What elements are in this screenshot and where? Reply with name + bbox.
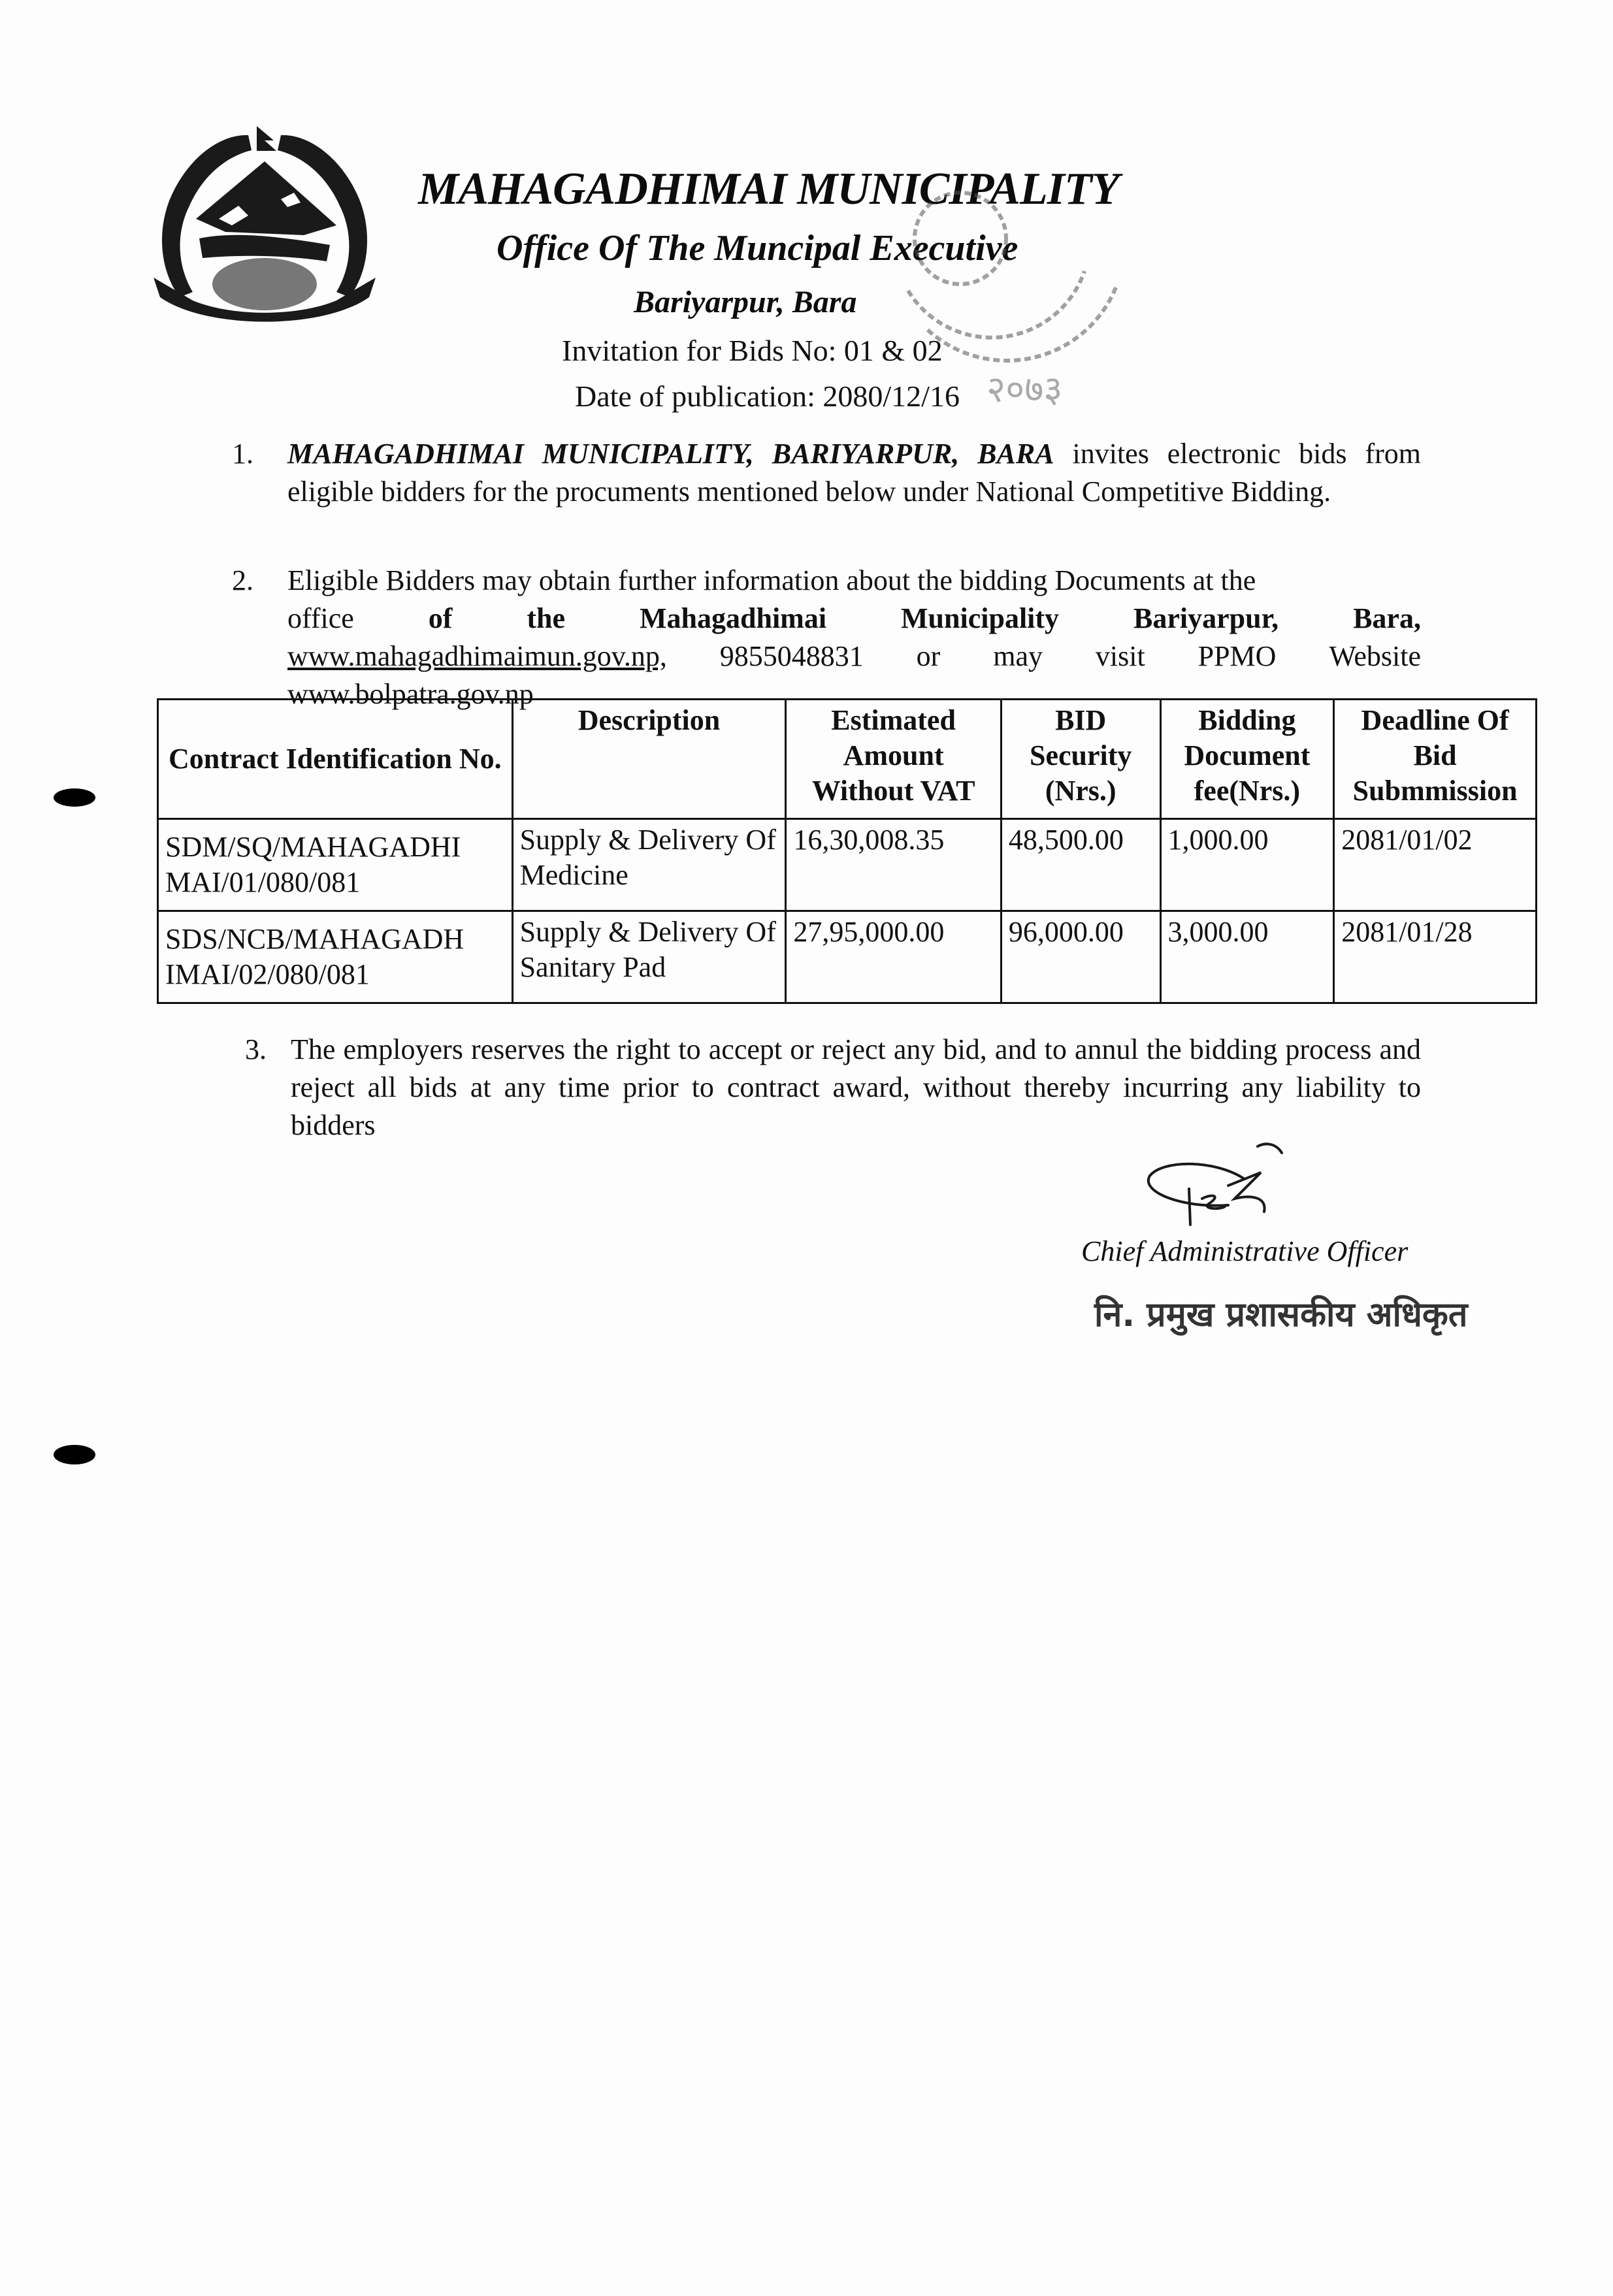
punch-hole bbox=[54, 788, 95, 807]
word: Website bbox=[1329, 638, 1421, 675]
word: the bbox=[527, 600, 565, 638]
column-header-description: Description bbox=[512, 700, 786, 819]
column-header-contract-id: Contract Identification No. bbox=[158, 700, 513, 819]
word: Mahagadhimai bbox=[640, 600, 826, 638]
word: may bbox=[993, 638, 1043, 675]
estimated-amount-cell: 16,30,008.35 bbox=[786, 819, 1001, 911]
contact-line: www.mahagadhimaimun.gov.np, 9855048831 o… bbox=[287, 638, 1421, 675]
estimated-amount-cell: 27,95,000.00 bbox=[786, 911, 1001, 1003]
description-cell: Supply & Delivery Of Sanitary Pad bbox=[512, 911, 786, 1003]
word: Bara, bbox=[1353, 600, 1421, 638]
table-row: SDS/NCB/MAHAGADH IMAI/02/080/081 Supply … bbox=[158, 911, 1537, 1003]
paragraph-3: 3. The employers reserves the right to a… bbox=[245, 1031, 1421, 1069]
word: visit bbox=[1096, 638, 1145, 675]
word: office bbox=[287, 600, 354, 638]
bid-security-cell: 48,500.00 bbox=[1001, 819, 1160, 911]
document-fee-cell: 1,000.00 bbox=[1160, 819, 1334, 911]
word: Municipality bbox=[901, 600, 1059, 638]
official-seal-stamp-icon: २०७३ bbox=[869, 160, 1143, 421]
column-header-estimated-amount: Estimated Amount Without VAT bbox=[786, 700, 1001, 819]
punch-hole bbox=[54, 1445, 95, 1464]
svg-text:२०७३: २०७३ bbox=[986, 368, 1062, 411]
word: of bbox=[429, 600, 453, 638]
paragraph-number: 3. bbox=[245, 1031, 296, 1069]
municipality-name: MAHAGADHIMAI MUNICIPALITY, BARIYARPUR, B… bbox=[287, 438, 1054, 470]
publication-date-label: Date of publication: bbox=[575, 380, 815, 413]
word: PPMO bbox=[1198, 638, 1277, 675]
description-cell: Supply & Delivery Of Medicine bbox=[512, 819, 786, 911]
bid-security-cell: 96,000.00 bbox=[1001, 911, 1160, 1003]
document-page: MAHAGADHIMAI MUNICIPALITY Office Of The … bbox=[0, 0, 1613, 2296]
phone-number: 9855048831 bbox=[720, 638, 864, 675]
table-row: SDM/SQ/MAHAGADHI MAI/01/080/081 Supply &… bbox=[158, 819, 1537, 911]
signature-icon bbox=[1137, 1133, 1333, 1231]
paragraph-number: 1. bbox=[232, 435, 283, 473]
deadline-cell: 2081/01/28 bbox=[1334, 911, 1537, 1003]
column-header-bid-security: BID Security (Nrs.) bbox=[1001, 700, 1160, 819]
paragraph-2: 2. Eligible Bidders may obtain further i… bbox=[232, 562, 1421, 600]
contract-id-cell: SDS/NCB/MAHAGADH IMAI/02/080/081 bbox=[158, 911, 513, 1003]
contract-id-cell: SDM/SQ/MAHAGADHI MAI/01/080/081 bbox=[158, 819, 513, 911]
table-header-row: Contract Identification No. Description … bbox=[158, 700, 1537, 819]
bids-table: Contract Identification No. Description … bbox=[157, 698, 1537, 1004]
document-fee-cell: 3,000.00 bbox=[1160, 911, 1334, 1003]
office-address-line: office of the Mahagadhimai Municipality … bbox=[287, 600, 1421, 638]
paragraph-text: The employers reserves the right to acce… bbox=[291, 1033, 1421, 1141]
word: Bariyarpur, bbox=[1133, 600, 1279, 638]
column-header-document-fee: Bidding Document fee(Nrs.) bbox=[1160, 700, 1334, 819]
deadline-cell: 2081/01/02 bbox=[1334, 819, 1537, 911]
word: or bbox=[917, 638, 941, 675]
paragraph-number: 2. bbox=[232, 562, 283, 600]
nepal-government-emblem-icon bbox=[140, 121, 389, 343]
signatory-title-nepali: नि. प्रमुख प्रशासकीय अधिकृत bbox=[1094, 1290, 1468, 1336]
signatory-title: Chief Administrative Officer bbox=[1081, 1235, 1408, 1268]
column-header-deadline: Deadline Of Bid Submmission bbox=[1334, 700, 1537, 819]
paragraph-text: Eligible Bidders may obtain further info… bbox=[287, 562, 1421, 600]
municipality-website-link[interactable]: www.mahagadhimaimun.gov.np, bbox=[287, 638, 667, 675]
paragraph-1: 1. MAHAGADHIMAI MUNICIPALITY, BARIYARPUR… bbox=[232, 435, 1421, 473]
